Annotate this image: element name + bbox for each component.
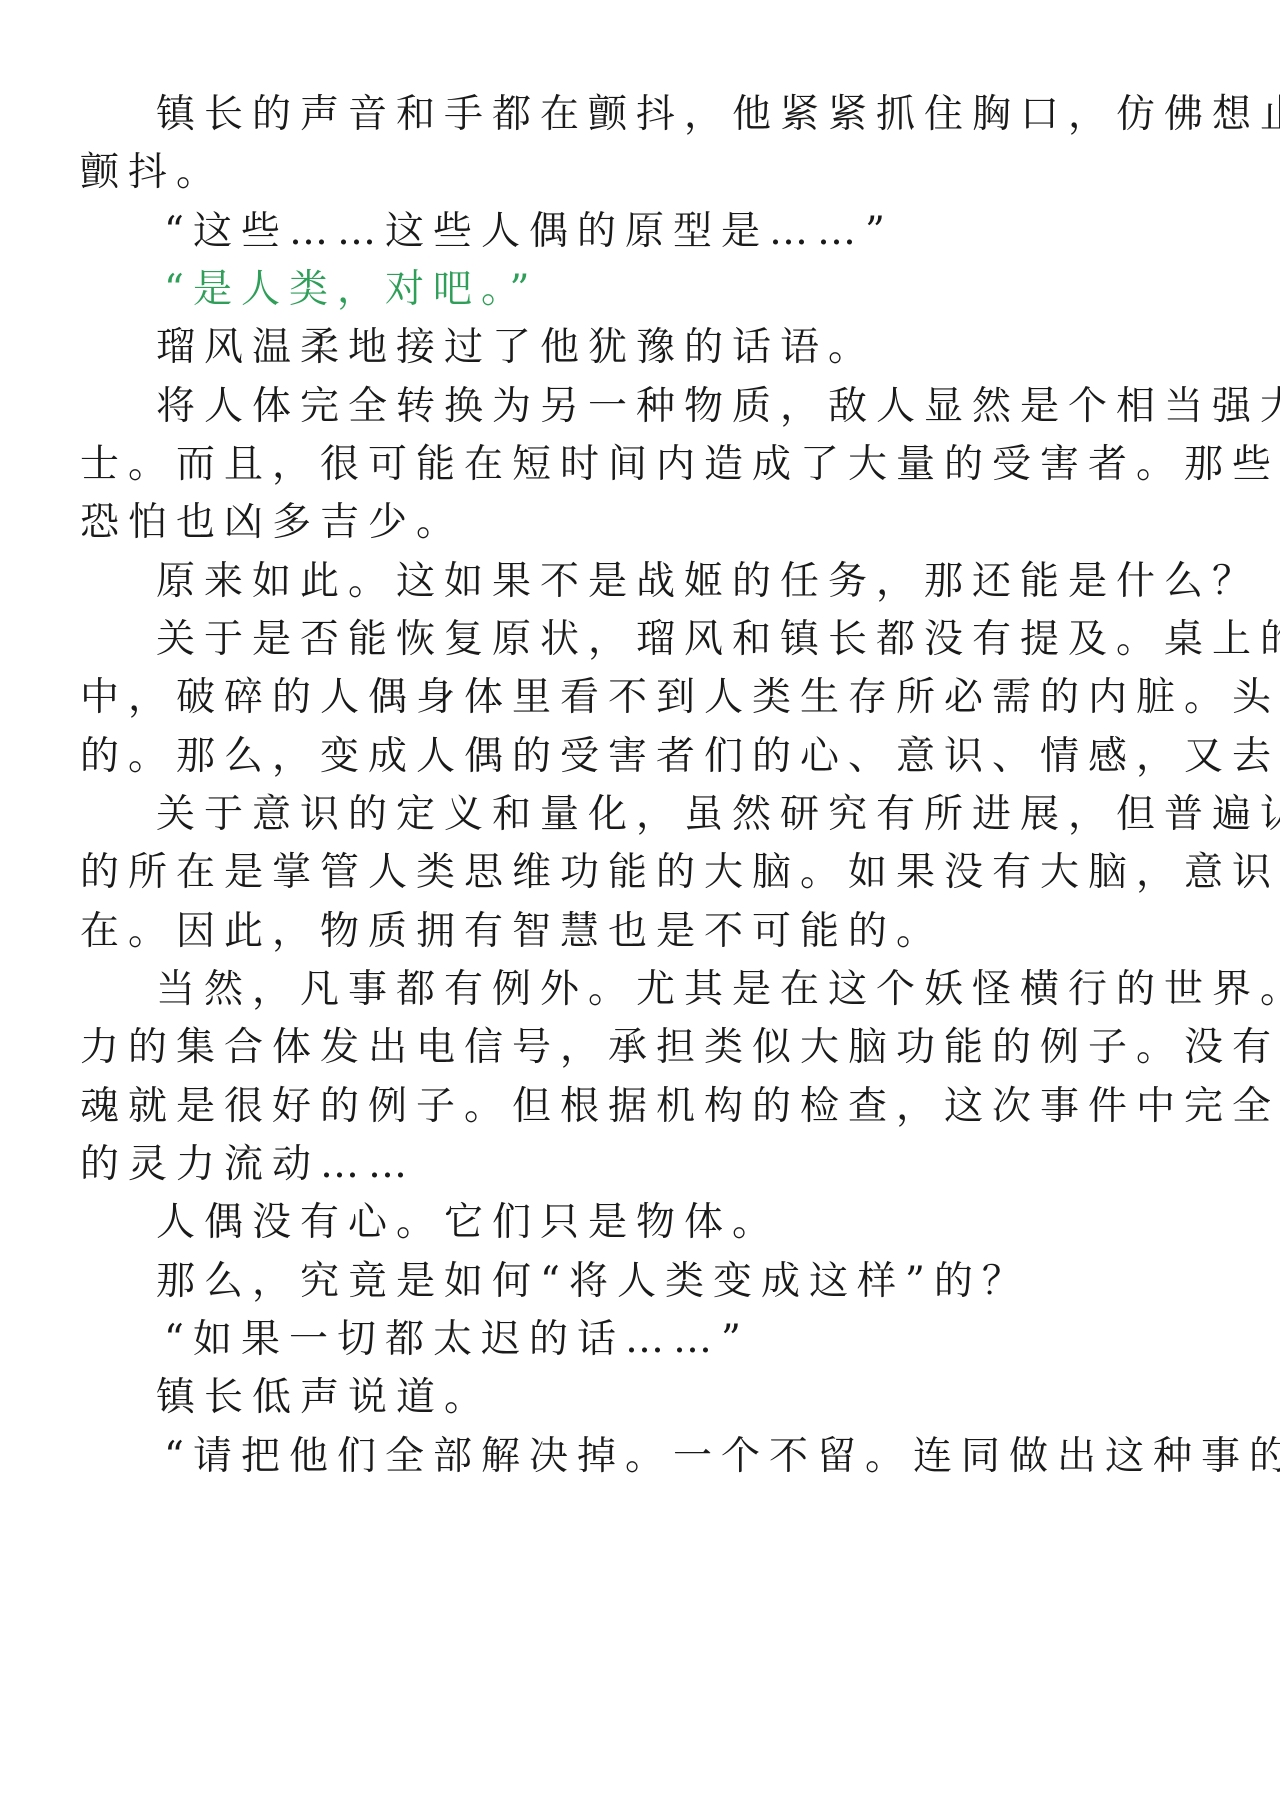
text-line: 恐怕也凶多吉少。 [80,490,464,556]
text-line: 士。而且，很可能在短时间内造成了大量的受害者。那些冒险者们 [80,432,1280,498]
text-line: 镇长的声音和手都在颤抖，他紧紧抓住胸口，仿佛想止住这种 [156,82,1280,148]
text-line: 力的集合体发出电信号，承担类似大脑功能的例子。没有肉体的亡 [80,1015,1280,1081]
text-line: 的所在是掌管人类思维功能的大脑。如果没有大脑，意识就无法存 [80,840,1280,906]
text-line: 魂就是很好的例子。但根据机构的检查，这次事件中完全没有类似 [80,1074,1280,1140]
text-line: 人偶没有心。它们只是物体。 [156,1190,780,1256]
text-line: 将人体完全转换为另一种物质，敌人显然是个相当强大的术 [156,374,1280,440]
text-line: 中，破碎的人偶身体里看不到人类生存所必需的内脏。头部也是空 [80,665,1280,731]
text-line: 关于意识的定义和量化，虽然研究有所进展，但普遍认为意识 [156,782,1280,848]
text-line: 镇长低声说道。 [156,1365,492,1431]
text-line: 在。因此，物质拥有智慧也是不可能的。 [80,899,944,965]
dialogue-line: “请把他们全部解决掉。一个不留。连同做出这种事的恶魔一 [164,1424,1280,1490]
text-line: 的灵力流动…… [80,1132,416,1198]
text-line: 那么，究竟是如何“将人类变成这样”的？ [156,1249,1030,1315]
text-line: 原来如此。这如果不是战姬的任务，那还能是什么？ [156,549,1260,615]
text-line: 当然，凡事都有例外。尤其是在这个妖怪横行的世界。也有灵 [156,957,1280,1023]
text-line: 瑠风温柔地接过了他犹豫的话语。 [156,315,876,381]
dialogue-line: “如果一切都太迟的话……” [164,1307,750,1373]
text-line: 的。那么，变成人偶的受害者们的心、意识、情感，又去了哪里？ [80,724,1280,790]
highlighted-dialogue-line: “是人类，对吧。” [164,257,538,323]
text-line: 颤抖。 [80,140,224,206]
text-line: 关于是否能恢复原状，瑠风和镇长都没有提及。桌上的照片 [156,607,1280,673]
dialogue-line: “这些……这些人偶的原型是……” [164,199,894,265]
